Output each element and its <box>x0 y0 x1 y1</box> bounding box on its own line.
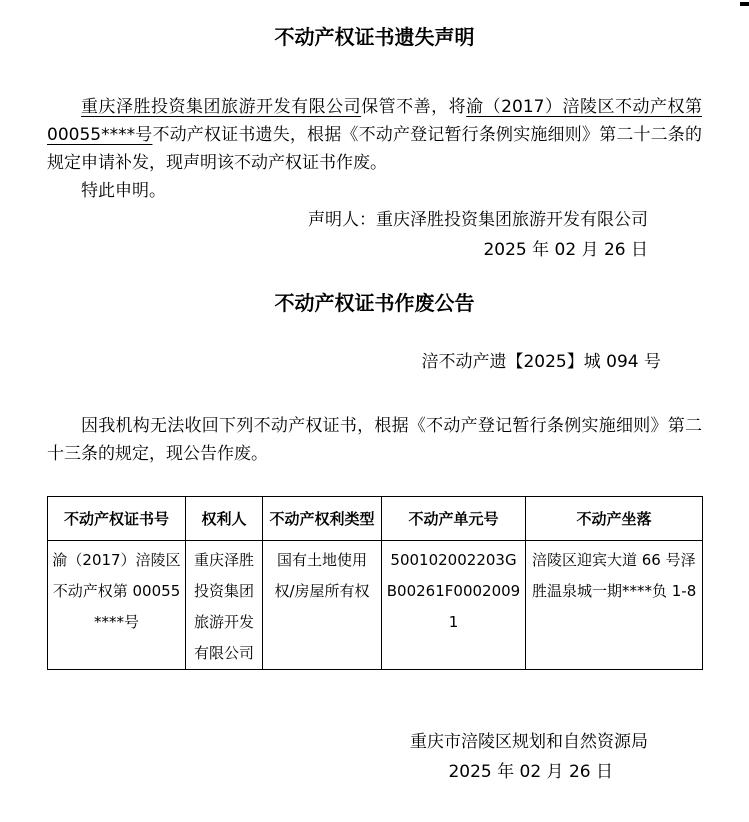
header-certificate-no: 不动产权证书号 <box>48 497 186 541</box>
statement-date: 2025 年 02 月 26 日 <box>47 235 702 265</box>
screen-corner-artifact <box>740 2 749 6</box>
certificate-table: 不动产权证书号 权利人 不动产权利类型 不动产单元号 不动产坐落 渝（2017）… <box>47 496 703 670</box>
cell-right-type: 国有土地使用权/房屋所有权 <box>263 541 382 670</box>
cell-location: 涪陵区迎宾大道 66 号泽胜温泉城一期****负 1-8 <box>526 541 703 670</box>
statement-title: 不动产权证书遗失声明 <box>47 0 702 48</box>
notice-signature-block: 重庆市涪陵区规划和自然资源局 2025 年 02 月 26 日 <box>47 727 702 787</box>
notice-date: 2025 年 02 月 26 日 <box>47 757 702 787</box>
declarant-line: 声明人：重庆泽胜投资集团旅游开发有限公司 <box>47 205 702 235</box>
statement-signature-block: 声明人：重庆泽胜投资集团旅游开发有限公司 2025 年 02 月 26 日 <box>47 205 702 265</box>
issuer-name: 重庆市涪陵区规划和自然资源局 <box>47 727 702 757</box>
header-location: 不动产坐落 <box>526 497 703 541</box>
notice-title: 不动产权证书作废公告 <box>47 289 702 317</box>
statement-closing-line: 特此申明。 <box>47 177 702 205</box>
notice-body-paragraph: 因我机构无法收回下列不动产权证书，根据《不动产登记暂行条例实施细则》第二十三条的… <box>47 412 702 468</box>
header-right-type: 不动产权利类型 <box>263 497 382 541</box>
header-holder: 权利人 <box>186 497 263 541</box>
underlined-text-segment: 重庆泽胜投资集团旅游开发有限公司 <box>81 97 361 117</box>
text-segment: 保管不善，将 <box>361 97 466 117</box>
document-page: 不动产权证书遗失声明 重庆泽胜投资集团旅游开发有限公司保管不善，将渝（2017）… <box>0 0 749 822</box>
table-row: 渝（2017）涪陵区不动产权第 00055****号 重庆泽胜投资集团旅游开发有… <box>48 541 703 670</box>
statement-body-paragraph: 重庆泽胜投资集团旅游开发有限公司保管不善，将渝（2017）涪陵区不动产权第000… <box>47 93 702 177</box>
table-header-row: 不动产权证书号 权利人 不动产权利类型 不动产单元号 不动产坐落 <box>48 497 703 541</box>
header-unit-no: 不动产单元号 <box>382 497 526 541</box>
cell-certificate-no: 渝（2017）涪陵区不动产权第 00055****号 <box>48 541 186 670</box>
cell-unit-no: 500102002203GB00261F00020091 <box>382 541 526 670</box>
notice-document-number: 涪不动产遗【2025】城 094 号 <box>47 348 702 376</box>
cell-holder: 重庆泽胜投资集团旅游开发有限公司 <box>186 541 263 670</box>
